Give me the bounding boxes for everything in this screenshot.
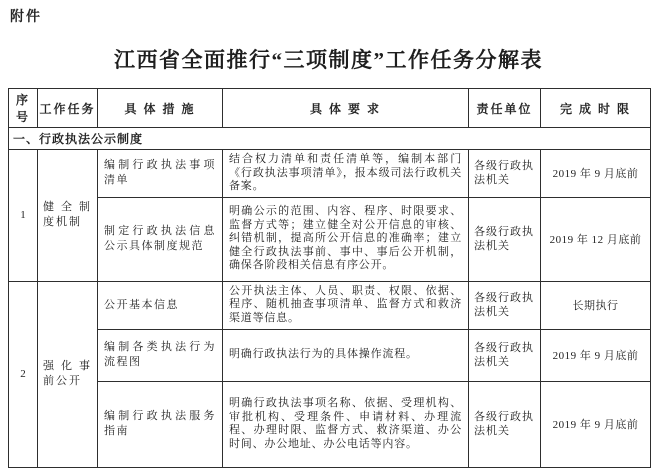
section-row: 一、行政执法公示制度 [9, 128, 651, 150]
deadline-cell: 2019 年 12 月底前 [541, 197, 651, 281]
column-header-task: 工作任务 [38, 89, 98, 128]
measure-cell: 制定行政执法信息公示具体制度规范 [98, 197, 223, 281]
table-header-row: 序号 工作任务 具 体 措 施 具 体 要 求 责任单位 完 成 时 限 [9, 89, 651, 128]
unit-cell: 各级行政执法机关 [469, 329, 541, 381]
document-title: 江西省全面推行“三项制度”工作任务分解表 [0, 44, 657, 74]
table-row: 2 强化事前公开 公开基本信息 公开执法主体、人员、职责、权限、依据、程序、随机… [9, 281, 651, 329]
unit-cell: 各级行政执法机关 [469, 197, 541, 281]
column-header-seq: 序号 [9, 89, 38, 128]
column-header-measure: 具 体 措 施 [98, 89, 223, 128]
column-header-deadline: 完 成 时 限 [541, 89, 651, 128]
deadline-cell: 2019 年 9 月底前 [541, 381, 651, 467]
deadline-cell: 2019 年 9 月底前 [541, 329, 651, 381]
unit-cell: 各级行政执法机关 [469, 281, 541, 329]
column-header-requirement: 具 体 要 求 [223, 89, 469, 128]
table-row: 1 健全制度机制 编制行政执法事项清单 结合权力清单和责任清单等，编制本部门《行… [9, 150, 651, 198]
task-cell: 健全制度机制 [38, 150, 98, 282]
task-cell: 强化事前公开 [38, 281, 98, 467]
requirement-cell: 明确行政执法行为的具体操作流程。 [223, 329, 469, 381]
measure-cell: 公开基本信息 [98, 281, 223, 329]
measure-cell: 编制各类执法行为流程图 [98, 329, 223, 381]
requirement-cell: 公开执法主体、人员、职责、权限、依据、程序、随机抽查事项清单、监督方式和救济渠道… [223, 281, 469, 329]
table-row: 编制行政执法服务指南 明确行政执法事项名称、依据、受理机构、审批机构、受理条件、… [9, 381, 651, 467]
deadline-cell: 长期执行 [541, 281, 651, 329]
task-breakdown-table: 序号 工作任务 具 体 措 施 具 体 要 求 责任单位 完 成 时 限 一、行… [8, 88, 651, 468]
unit-cell: 各级行政执法机关 [469, 381, 541, 467]
deadline-cell: 2019 年 9 月底前 [541, 150, 651, 198]
unit-cell: 各级行政执法机关 [469, 150, 541, 198]
section-title: 一、行政执法公示制度 [9, 128, 651, 150]
requirement-cell: 明确公示的范围、内容、程序、时限要求、监督方式等；建立健全对公开信息的审核、纠错… [223, 197, 469, 281]
seq-cell: 1 [9, 150, 38, 282]
measure-cell: 编制行政执法服务指南 [98, 381, 223, 467]
requirement-cell: 明确行政执法事项名称、依据、受理机构、审批机构、受理条件、申请材料、办理流程、办… [223, 381, 469, 467]
attachment-label: 附件 [10, 6, 42, 26]
seq-cell: 2 [9, 281, 38, 467]
requirement-cell: 结合权力清单和责任清单等，编制本部门《行政执法事项清单》，报本级司法行政机关备案… [223, 150, 469, 198]
table-row: 编制各类执法行为流程图 明确行政执法行为的具体操作流程。 各级行政执法机关 20… [9, 329, 651, 381]
column-header-unit: 责任单位 [469, 89, 541, 128]
measure-cell: 编制行政执法事项清单 [98, 150, 223, 198]
table-row: 制定行政执法信息公示具体制度规范 明确公示的范围、内容、程序、时限要求、监督方式… [9, 197, 651, 281]
